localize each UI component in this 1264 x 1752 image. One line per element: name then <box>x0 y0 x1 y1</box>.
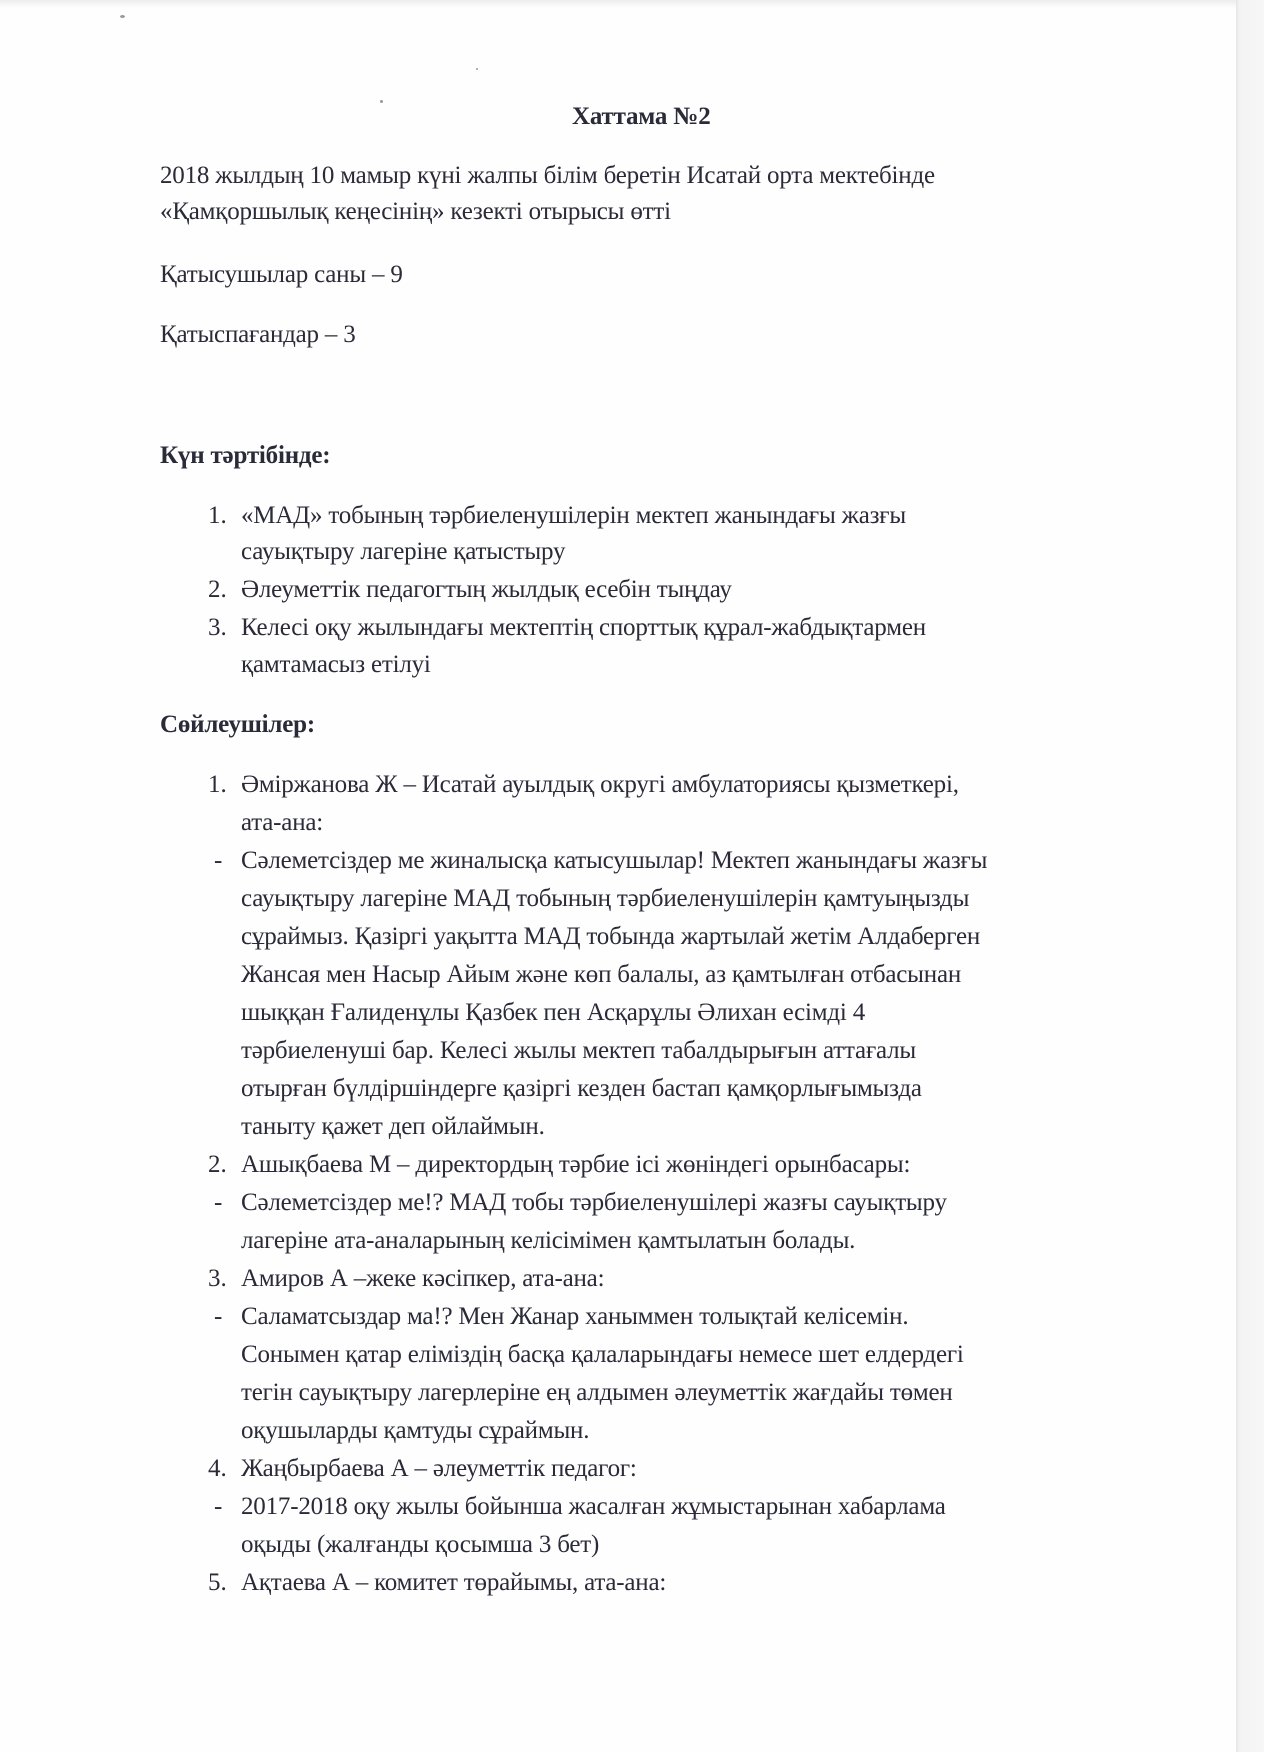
speaker-1-name-line-1: Әміржанова Ж – Исатай ауылдық округі амб… <box>241 770 959 800</box>
agenda-item-2-line-1: Әлеуметтік педагогтың жылдық есебін тыңд… <box>241 575 732 605</box>
speaker-number: 4. <box>208 1454 227 1484</box>
agenda-heading: Күн тәртібінде: <box>160 441 330 471</box>
scan-edge-strip <box>1236 0 1264 1752</box>
speaker-1-speech-line: отырған бүлдіршіндерге қазіргі кезден ба… <box>241 1074 922 1104</box>
attendance-absent: Қатыспағандар – 3 <box>160 320 356 350</box>
speakers-heading: Сөйлеушілер: <box>160 710 315 740</box>
speaker-4-speech-line: 2017-2018 оқу жылы бойынша жасалған жұмы… <box>241 1492 946 1522</box>
speaker-number: 2. <box>208 1150 227 1180</box>
speaker-1-speech-line: таныту қажет деп ойлаймын. <box>241 1112 545 1142</box>
speaker-3-name: Амиров А –жеке кәсіпкер, ата-ана: <box>241 1264 604 1294</box>
speaker-3-speech-line: оқушыларды қамтуды сұраймын. <box>241 1416 589 1446</box>
agenda-item-3-line-1: Келесі оқу жылындағы мектептің спорттық … <box>241 613 926 643</box>
speaker-2-speech-line: лагеріне ата-аналарының келісімімен қамт… <box>241 1226 855 1256</box>
speech-bullet: - <box>214 1302 222 1332</box>
scan-speck <box>120 15 125 18</box>
agenda-item-1-line-1: «МАД» тобының тәрбиеленушілерін мектеп ж… <box>241 501 906 531</box>
intro-line-1: 2018 жылдың 10 мамыр күні жалпы білім бе… <box>160 161 935 191</box>
speech-bullet: - <box>214 1492 222 1522</box>
speaker-4-name: Жаңбырбаева А – әлеуметтік педагог: <box>241 1454 637 1484</box>
speaker-1-speech-line: Жансая мен Насыр Айым және көп балалы, а… <box>241 960 961 990</box>
speaker-number: 5. <box>208 1568 227 1598</box>
scan-speck <box>380 100 383 103</box>
speaker-1-speech-line: Сәлеметсіздер ме жиналысқа катысушылар! … <box>241 846 987 876</box>
speaker-5-name: Ақтаева А – комитет төрайымы, ата-ана: <box>241 1568 666 1598</box>
speaker-number: 3. <box>208 1264 227 1294</box>
speaker-2-speech-line: Сәлеметсіздер ме!? МАД тобы тәрбиеленуші… <box>241 1188 947 1218</box>
speaker-1-name-line-2: ата-ана: <box>241 808 323 838</box>
speaker-number: 1. <box>208 770 227 800</box>
agenda-item-3-line-2: қамтамасыз етілуі <box>241 650 431 680</box>
agenda-item-1-line-2: сауықтыру лагеріне қатыстыру <box>241 537 565 567</box>
speaker-3-speech-line: Сонымен қатар еліміздің басқа қалаларынд… <box>241 1340 964 1370</box>
speech-bullet: - <box>214 1188 222 1218</box>
speaker-4-speech-line: оқыды (жалғанды қосымша 3 бет) <box>241 1530 599 1560</box>
scanned-page: Хаттама №2 2018 жылдың 10 мамыр күні жал… <box>0 0 1236 1752</box>
scan-top-shadow <box>0 0 1236 8</box>
speaker-1-speech-line: сауықтыру лагеріне МАД тобының тәрбиелен… <box>241 884 969 914</box>
scan-speck <box>476 68 478 70</box>
speaker-2-name: Ашықбаева М – директордың тәрбие ісі жөн… <box>241 1150 910 1180</box>
speaker-1-speech-line: шыққан Ғалиденұлы Қазбек пен Асқарұлы Әл… <box>241 998 865 1028</box>
speaker-3-speech-line: тегін сауықтыру лагерлеріне ең алдымен ә… <box>241 1378 953 1408</box>
speaker-1-speech-line: тәрбиеленуші бар. Келесі жылы мектеп таб… <box>241 1036 916 1066</box>
intro-line-2: «Қамқоршылық кеңесінің» кезекті отырысы … <box>160 197 671 227</box>
agenda-item-number: 1. <box>208 501 227 531</box>
speaker-1-speech-line: сұраймыз. Қазіргі уақытта МАД тобында жа… <box>241 922 980 952</box>
speech-bullet: - <box>214 846 222 876</box>
speaker-3-speech-line: Саламатсыздар ма!? Мен Жанар ханыммен то… <box>241 1302 908 1332</box>
document-title: Хаттама №2 <box>572 102 711 132</box>
agenda-item-number: 2. <box>208 575 227 605</box>
attendance-present: Қатысушылар саны – 9 <box>160 260 403 290</box>
agenda-item-number: 3. <box>208 613 227 643</box>
